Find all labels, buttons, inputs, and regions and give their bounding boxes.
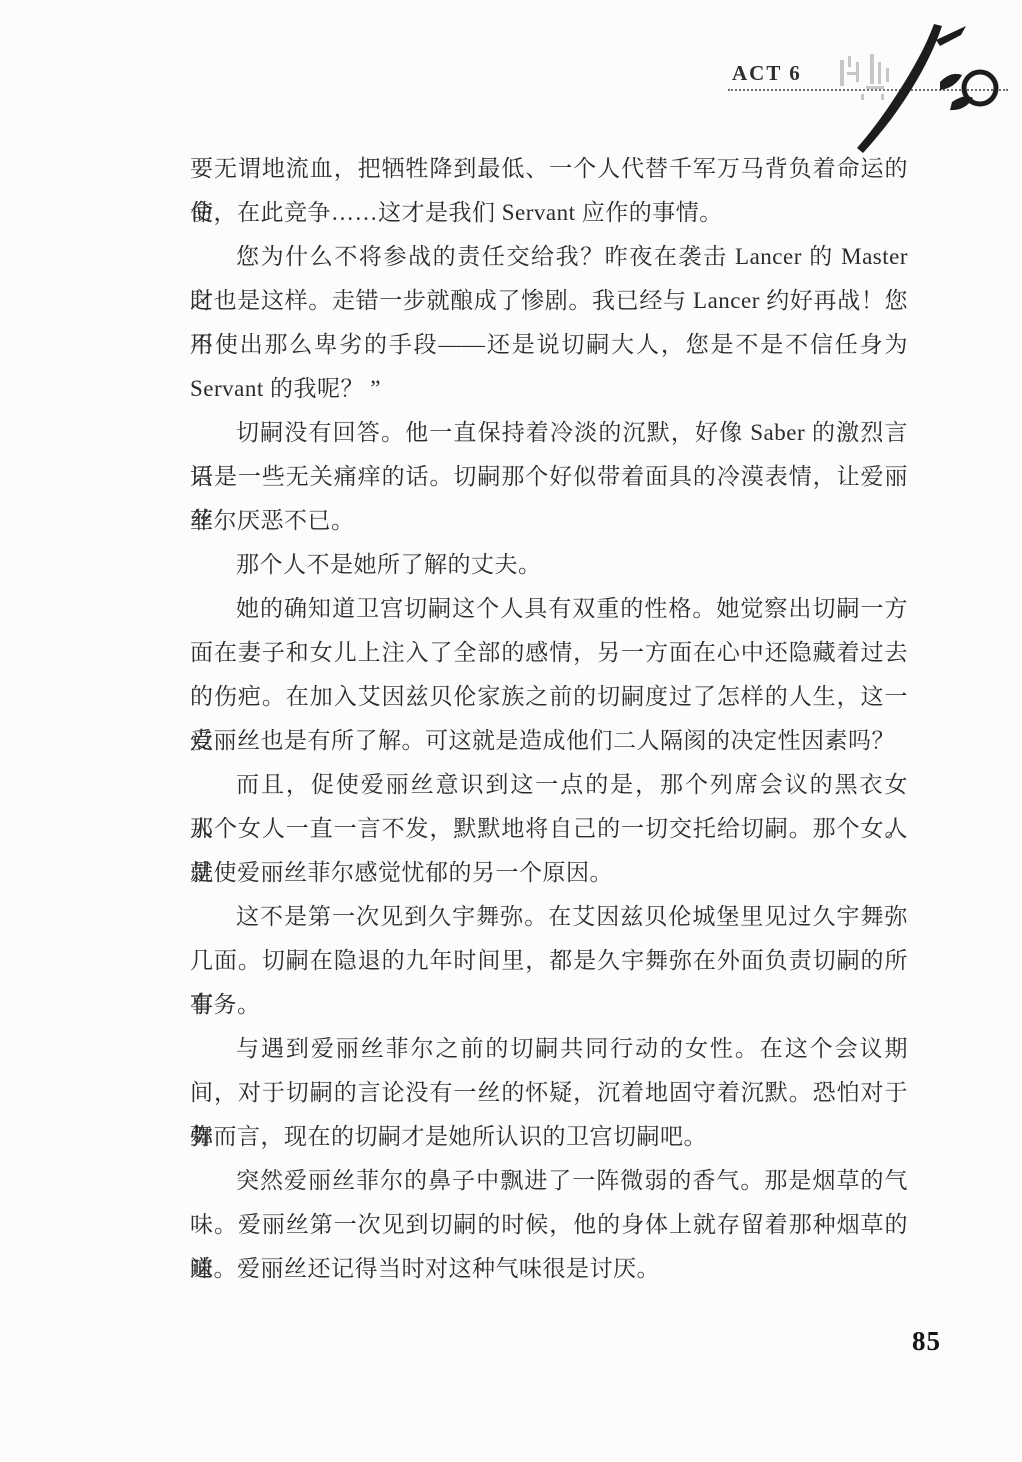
text-line: 只是一些无关痛痒的话。切嗣那个好似带着面具的冷漠表情，让爱丽丝 [190,455,908,499]
text-line: 要无谓地流血，把牺牲降到最低、一个人代替千军万马背负着命运的使 [190,147,908,191]
text-line: 是使爱丽丝菲尔感觉忧郁的另一个原因。 [190,851,908,895]
text-line: 间，对于切嗣的言论没有一丝的怀疑，沉着地固守着沉默。恐怕对于舞 [190,1071,908,1115]
act-number-label: ACT 6 [732,61,802,86]
text-line: 弥而言，现在的切嗣才是她所认识的卫宫切嗣吧。 [190,1115,908,1159]
text-line: 几面。切嗣在隐退的九年时间里，都是久宇舞弥在外面负责切嗣的所有 [190,939,908,983]
text-line: 那个女人一直一言不发，默默地将自己的一切交托给切嗣。那个女人就 [190,807,908,851]
text-line: 菲尔厌恶不已。 [190,499,908,543]
text-line: 切嗣没有回答。他一直保持着冷淡的沉默，好像 Saber 的激烈言语 [190,411,908,455]
text-line: 事务。 [190,983,908,1027]
text-line: 面在妻子和女儿上注入了全部的感情，另一方面在心中还隐藏着过去 [190,631,908,675]
text-line: 味。爱丽丝第一次见到切嗣的时候，他的身体上就存留着那种烟草的味 [190,1203,908,1247]
text-line: 这不是第一次见到久宇舞弥。在艾因兹贝伦城堡里见过久宇舞弥 [190,895,908,939]
text-line: 的伤疤。在加入艾因兹贝伦家族之前的切嗣度过了怎样的人生，这一点 [190,675,908,719]
text-line: 那个人不是她所了解的丈夫。 [190,543,908,587]
text-line: 突然爱丽丝菲尔的鼻子中飘进了一阵微弱的香气。那是烟草的气 [190,1159,908,1203]
fate-zero-logo-icon [826,24,1010,156]
book-page: ACT 6 [0,0,1022,1462]
body-text: 要无谓地流血，把牺牲降到最低、一个人代替千军万马背负着命运的使 命，在此竞争……… [190,147,908,1291]
page-number: 85 [912,1326,941,1357]
text-line: 与遇到爱丽丝菲尔之前的切嗣共同行动的女性。在这个会议期 [190,1027,908,1071]
text-line: 她的确知道卫宫切嗣这个人具有双重的性格。她觉察出切嗣一方 [190,587,908,631]
text-line: Servant 的我呢？ ” [190,367,908,411]
text-line: 而且，促使爱丽丝意识到这一点的是，那个列席会议的黑衣女人。 [190,763,908,807]
text-line: 爱丽丝也是有所了解。可这就是造成他们二人隔阂的决定性因素吗？ [190,719,908,763]
text-line: 您为什么不将参战的责任交给我？昨夜在袭击 Lancer 的 Master 之 [190,235,908,279]
text-line: 用使出那么卑劣的手段——还是说切嗣大人，您是不是不信任身为 [190,323,908,367]
text-line: 时也是这样。走错一步就酿成了惨剧。我已经与 Lancer 约好再战！您不 [190,279,908,323]
text-line: 道。爱丽丝还记得当时对这种气味很是讨厌。 [190,1247,908,1291]
text-line: 命，在此竞争……这才是我们 Servant 应作的事情。 [190,191,908,235]
